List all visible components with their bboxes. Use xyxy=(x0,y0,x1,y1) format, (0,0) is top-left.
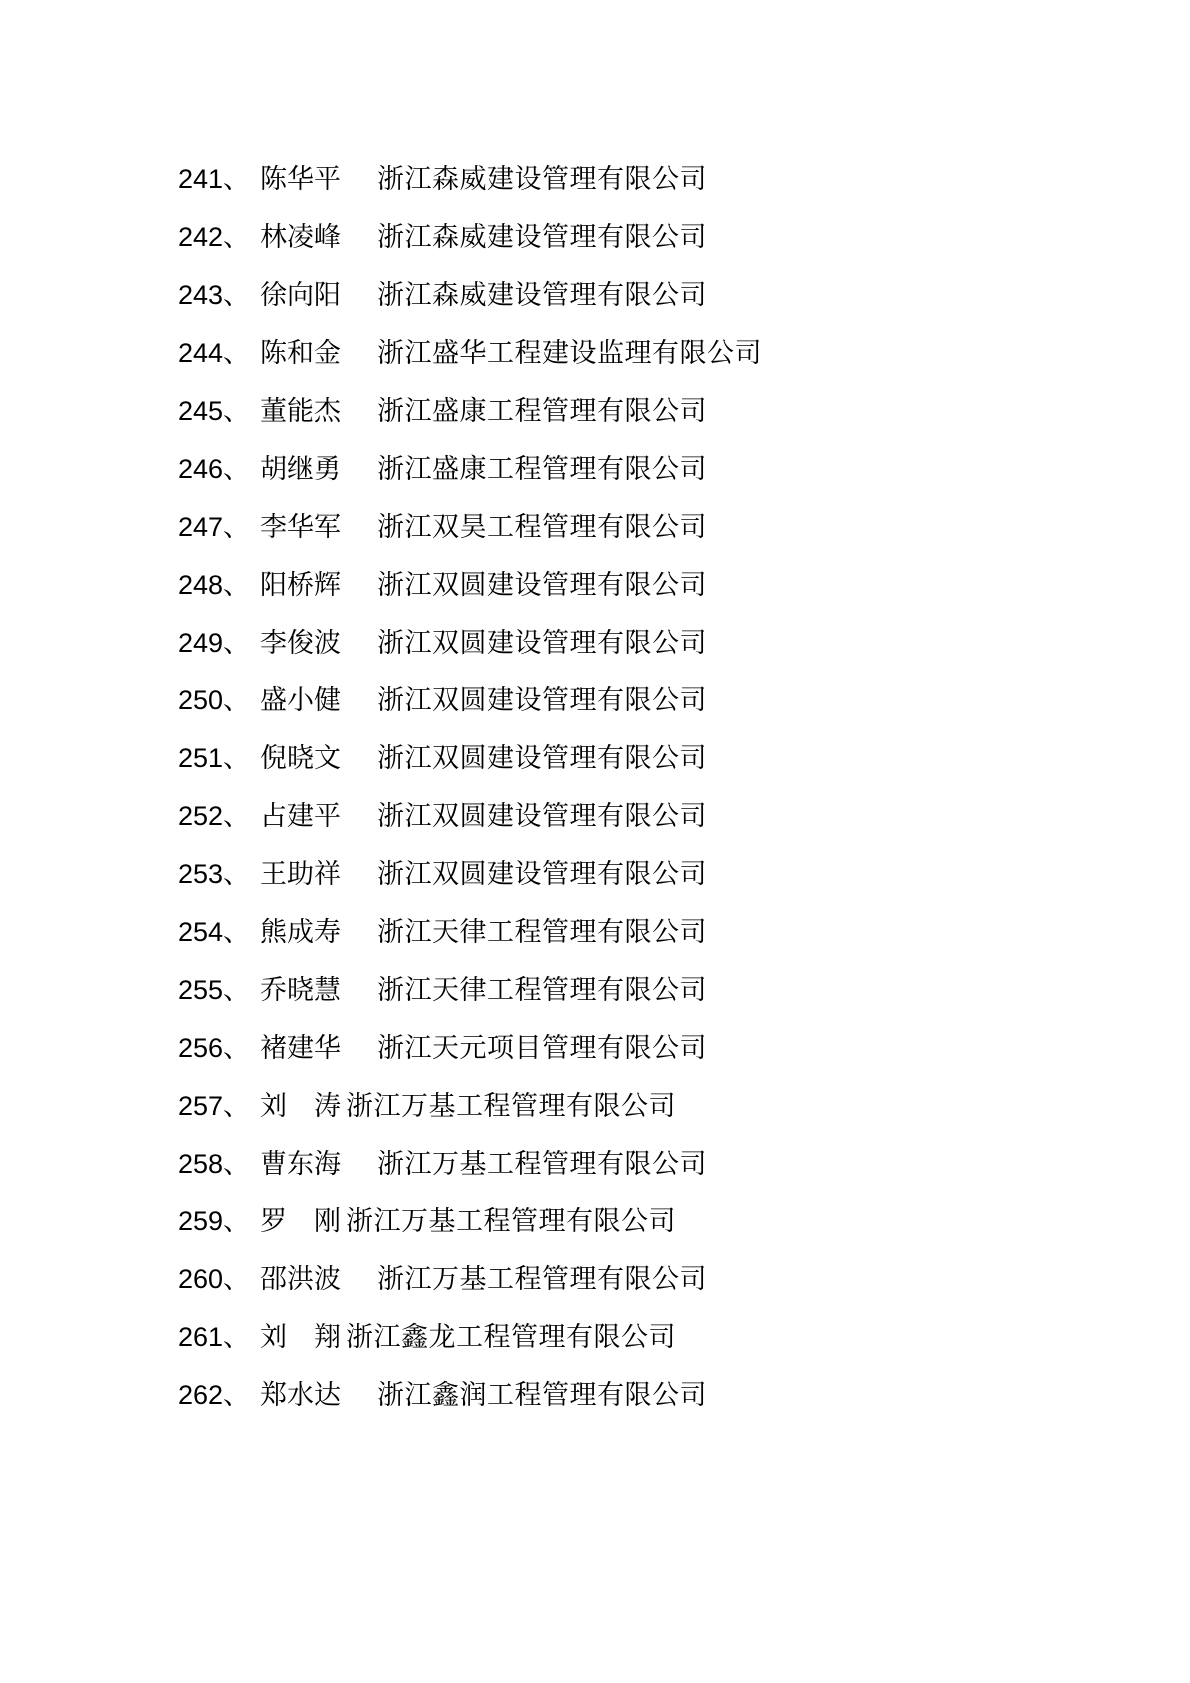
person-name: 倪晓文 xyxy=(260,736,377,775)
company-name: 浙江盛康工程管理有限公司 xyxy=(377,389,707,428)
person-name: 罗 刚 xyxy=(260,1199,341,1238)
item-number: 242、 xyxy=(178,215,260,254)
company-name: 浙江双圆建设管理有限公司 xyxy=(377,563,707,602)
list-item: 246、 胡继勇 浙江盛康工程管理有限公司 xyxy=(178,437,762,495)
company-name: 浙江双昊工程管理有限公司 xyxy=(377,505,707,544)
list-item: 249、 李俊波 浙江双圆建设管理有限公司 xyxy=(178,611,762,669)
item-number: 248、 xyxy=(178,563,260,602)
company-name: 浙江万基工程管理有限公司 xyxy=(377,1257,707,1296)
item-number: 255、 xyxy=(178,968,260,1007)
document-page: 241、 陈华平 浙江森威建设管理有限公司 242、 林凌峰 浙江森威建设管理有… xyxy=(0,0,1190,1683)
item-number: 257、 xyxy=(178,1084,260,1123)
list-item: 241、 陈华平 浙江森威建设管理有限公司 xyxy=(178,148,762,206)
list-item: 260、 邵洪波 浙江万基工程管理有限公司 xyxy=(178,1248,762,1306)
company-name: 浙江鑫龙工程管理有限公司 xyxy=(346,1315,676,1354)
person-name: 陈和金 xyxy=(260,331,377,370)
list-item: 250、 盛小健 浙江双圆建设管理有限公司 xyxy=(178,669,762,727)
person-name: 王助祥 xyxy=(260,852,377,891)
company-name: 浙江鑫润工程管理有限公司 xyxy=(377,1373,707,1412)
company-name: 浙江森威建设管理有限公司 xyxy=(377,273,707,312)
item-number: 260、 xyxy=(178,1257,260,1296)
item-number: 245、 xyxy=(178,389,260,428)
person-name: 阳桥辉 xyxy=(260,563,377,602)
list-item: 255、 乔晓慧 浙江天律工程管理有限公司 xyxy=(178,958,762,1016)
list-item: 253、 王助祥 浙江双圆建设管理有限公司 xyxy=(178,843,762,901)
item-number: 249、 xyxy=(178,621,260,660)
item-number: 262、 xyxy=(178,1373,260,1412)
person-name: 曹东海 xyxy=(260,1142,377,1181)
item-number: 261、 xyxy=(178,1315,260,1354)
person-name: 占建平 xyxy=(260,794,377,833)
item-number: 247、 xyxy=(178,505,260,544)
company-name: 浙江双圆建设管理有限公司 xyxy=(377,794,707,833)
list-item: 248、 阳桥辉 浙江双圆建设管理有限公司 xyxy=(178,553,762,611)
list-item: 242、 林凌峰 浙江森威建设管理有限公司 xyxy=(178,206,762,264)
item-number: 243、 xyxy=(178,273,260,312)
company-name: 浙江天元项目管理有限公司 xyxy=(377,1026,707,1065)
list-item: 261、 刘 翔 浙江鑫龙工程管理有限公司 xyxy=(178,1306,762,1364)
person-name: 李俊波 xyxy=(260,621,377,660)
item-number: 251、 xyxy=(178,736,260,775)
list-item: 257、 刘 涛 浙江万基工程管理有限公司 xyxy=(178,1074,762,1132)
company-name: 浙江万基工程管理有限公司 xyxy=(377,1142,707,1181)
company-name: 浙江万基工程管理有限公司 xyxy=(346,1199,676,1238)
item-number: 246、 xyxy=(178,447,260,486)
person-name: 乔晓慧 xyxy=(260,968,377,1007)
list-item: 244、 陈和金 浙江盛华工程建设监理有限公司 xyxy=(178,322,762,380)
item-number: 253、 xyxy=(178,852,260,891)
list-item: 256、 褚建华 浙江天元项目管理有限公司 xyxy=(178,1016,762,1074)
item-number: 252、 xyxy=(178,794,260,833)
person-name: 褚建华 xyxy=(260,1026,377,1065)
person-name: 邵洪波 xyxy=(260,1257,377,1296)
company-name: 浙江天律工程管理有限公司 xyxy=(377,910,707,949)
list-item: 259、 罗 刚 浙江万基工程管理有限公司 xyxy=(178,1190,762,1248)
company-name: 浙江盛华工程建设监理有限公司 xyxy=(377,331,762,370)
person-name: 刘 涛 xyxy=(260,1084,341,1123)
person-name: 董能杰 xyxy=(260,389,377,428)
company-name: 浙江万基工程管理有限公司 xyxy=(346,1084,676,1123)
person-name: 林凌峰 xyxy=(260,215,377,254)
item-number: 258、 xyxy=(178,1142,260,1181)
person-name: 胡继勇 xyxy=(260,447,377,486)
list-item: 243、 徐向阳 浙江森威建设管理有限公司 xyxy=(178,264,762,322)
item-number: 250、 xyxy=(178,678,260,717)
item-number: 244、 xyxy=(178,331,260,370)
item-number: 259、 xyxy=(178,1199,260,1238)
personnel-company-list: 241、 陈华平 浙江森威建设管理有限公司 242、 林凌峰 浙江森威建设管理有… xyxy=(178,148,762,1422)
company-name: 浙江盛康工程管理有限公司 xyxy=(377,447,707,486)
company-name: 浙江双圆建设管理有限公司 xyxy=(377,678,707,717)
person-name: 郑水达 xyxy=(260,1373,377,1412)
item-number: 241、 xyxy=(178,157,260,196)
list-item: 247、 李华军 浙江双昊工程管理有限公司 xyxy=(178,495,762,553)
company-name: 浙江双圆建设管理有限公司 xyxy=(377,736,707,775)
item-number: 256、 xyxy=(178,1026,260,1065)
company-name: 浙江双圆建设管理有限公司 xyxy=(377,621,707,660)
list-item: 252、 占建平 浙江双圆建设管理有限公司 xyxy=(178,785,762,843)
list-item: 245、 董能杰 浙江盛康工程管理有限公司 xyxy=(178,380,762,438)
person-name: 熊成寿 xyxy=(260,910,377,949)
person-name: 陈华平 xyxy=(260,157,377,196)
person-name: 盛小健 xyxy=(260,678,377,717)
list-item: 251、 倪晓文 浙江双圆建设管理有限公司 xyxy=(178,727,762,785)
person-name: 徐向阳 xyxy=(260,273,377,312)
person-name: 刘 翔 xyxy=(260,1315,341,1354)
company-name: 浙江森威建设管理有限公司 xyxy=(377,215,707,254)
list-item: 254、 熊成寿 浙江天律工程管理有限公司 xyxy=(178,901,762,959)
list-item: 258、 曹东海 浙江万基工程管理有限公司 xyxy=(178,1132,762,1190)
company-name: 浙江天律工程管理有限公司 xyxy=(377,968,707,1007)
list-item: 262、 郑水达 浙江鑫润工程管理有限公司 xyxy=(178,1364,762,1422)
item-number: 254、 xyxy=(178,910,260,949)
person-name: 李华军 xyxy=(260,505,377,544)
company-name: 浙江森威建设管理有限公司 xyxy=(377,157,707,196)
company-name: 浙江双圆建设管理有限公司 xyxy=(377,852,707,891)
